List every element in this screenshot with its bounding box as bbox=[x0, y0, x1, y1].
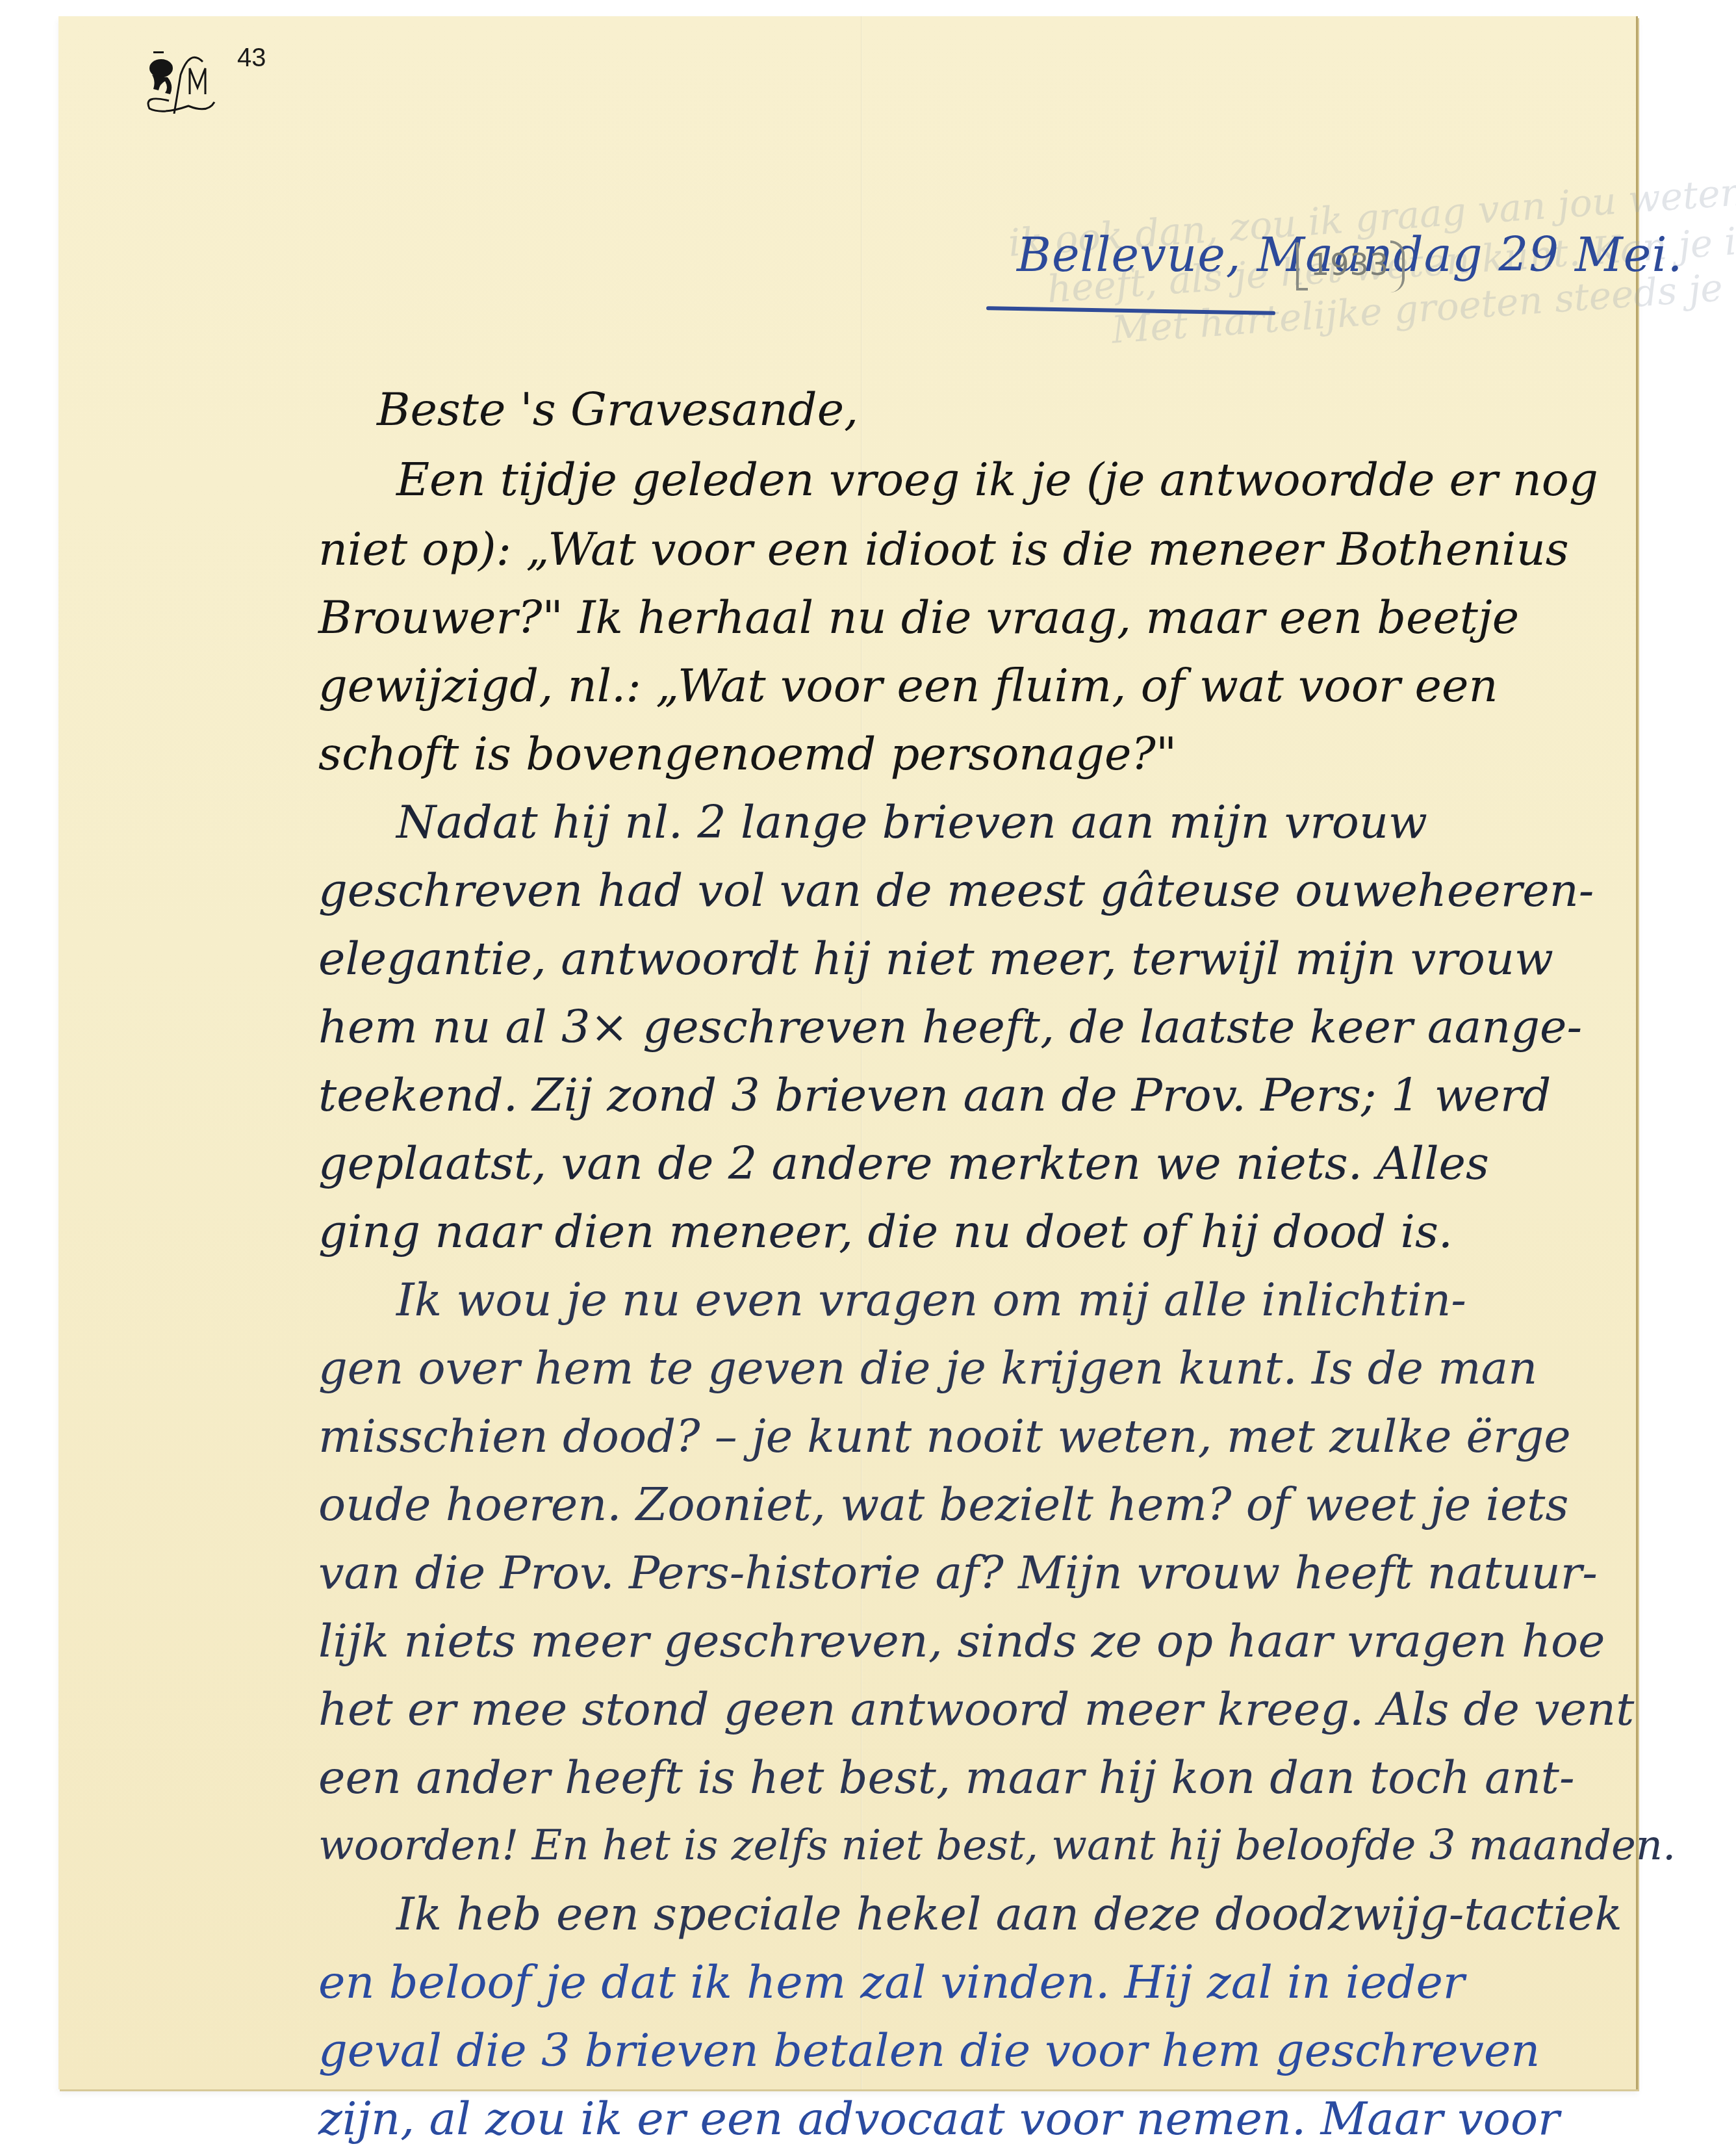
letter-line: misschien dood? – je kunt nooit weten, m… bbox=[318, 1407, 1571, 1465]
letter-line: geschreven had vol van de meest gâteuse … bbox=[318, 861, 1594, 920]
letter-page: ik ook dan, zou ik graag van jou weten w… bbox=[58, 16, 1638, 2089]
letter-line: Ik wou je nu even vragen om mij alle inl… bbox=[396, 1271, 1466, 1329]
letter-line: ging naar dien meneer, die nu doet of hi… bbox=[318, 1202, 1453, 1261]
letter-line: hem nu al 3× geschreven heeft, de laatst… bbox=[318, 998, 1582, 1056]
letter-line: oude hoeren. Zooniet, wat bezielt hem? o… bbox=[318, 1475, 1568, 1534]
letter-line: geval die 3 brieven betalen die voor hem… bbox=[318, 2021, 1540, 2080]
letter-line: schoft is bovengenoemd personage?" bbox=[318, 725, 1177, 783]
letter-line: Brouwer?" Ik herhaal nu die vraag, maar … bbox=[318, 588, 1519, 647]
year-text: 1933 bbox=[1310, 247, 1389, 282]
archive-number: 43 bbox=[237, 44, 266, 73]
letter-line: een ander heeft is het best, maar hij ko… bbox=[318, 1748, 1575, 1807]
letter-line: en beloof je dat ik hem zal vinden. Hij … bbox=[318, 1953, 1464, 2011]
letter-line: geplaatst, van de 2 andere merkten we ni… bbox=[318, 1134, 1489, 1193]
letter-line: gewijzigd, nl.: „Wat voor een fluim, of … bbox=[318, 656, 1498, 715]
letter-line: teekend. Zij zond 3 brieven aan de Prov.… bbox=[318, 1066, 1551, 1124]
letter-line: Nadat hij nl. 2 lange brieven aan mijn v… bbox=[396, 793, 1427, 851]
letter-line: zijn, al zou ik er een advocaat voor nem… bbox=[318, 2089, 1560, 2148]
letter-line: het er mee stond geen antwoord meer kree… bbox=[318, 1680, 1634, 1738]
letter-line: gen over hem te geven die je krijgen kun… bbox=[318, 1339, 1537, 1397]
bracket-left-icon bbox=[1296, 242, 1308, 290]
year-annotation: 1933 bbox=[1296, 240, 1405, 292]
salutation: Beste 's Gravesande, bbox=[377, 380, 858, 439]
bracket-right-icon bbox=[1390, 240, 1405, 292]
letter-line: elegantie, antwoordt hij niet meer, terw… bbox=[318, 929, 1553, 988]
letter-line: van die Prov. Pers-historie af? Mijn vro… bbox=[318, 1543, 1598, 1602]
letter-line: Een tijdje geleden vroeg ik je (je antwo… bbox=[396, 450, 1598, 509]
letter-line: lijk niets meer geschreven, sinds ze op … bbox=[318, 1612, 1605, 1670]
letter-line: niet op): „Wat voor een idioot is die me… bbox=[318, 520, 1569, 578]
letter-line: woorden! En het is zelfs niet best, want… bbox=[318, 1816, 1676, 1875]
letter-line: Ik heb een speciale hekel aan deze doodz… bbox=[396, 1885, 1622, 1943]
